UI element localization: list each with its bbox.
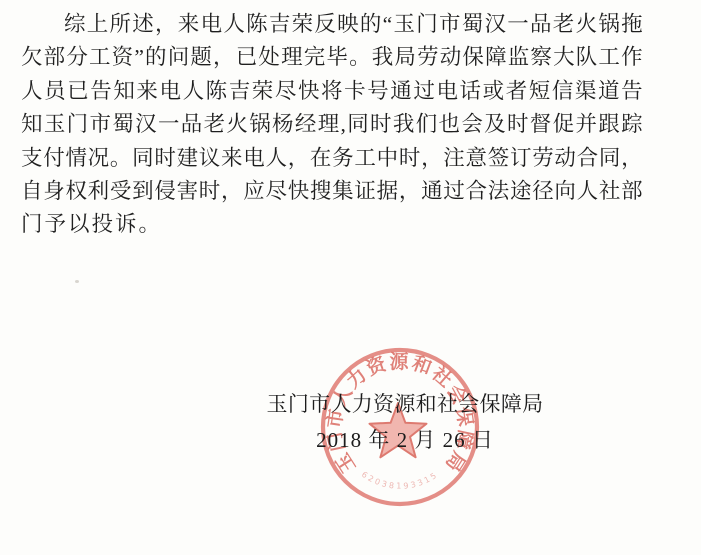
seal-code-number: 62038193315 [360,470,440,491]
body-line: 人员已告知来电人陈吉荣尽快将卡号通过电话或者短信渠道告 [21,75,643,108]
date-line: 2018 年 2 月 26 日 [261,428,549,453]
body-line: 支付情况。同时建议来电人，在务工中时，注意签订劳动合同， [21,142,643,175]
scan-speck [75,280,79,283]
body-line: 欠部分工资”的问题，已处理完毕。我局劳动保障监察大队工作 [21,41,643,74]
body-line: 门予以投诉。 [21,208,643,241]
scan-speck [234,95,236,97]
body-line: 自身权利受到侵害时，应尽快搜集证据，通过合法途径向人社部 [21,175,643,208]
signature-line: 玉门市人力资源和社会保障局 [261,391,549,418]
body-line: 综上所述，来电人陈吉荣反映的“玉门市蜀汉一品老火锅拖 [21,8,643,41]
closing-block: 玉门市人力资源和社会保障局 2018 年 2 月 26 日 [261,391,549,453]
scanned-document-page: 综上所述，来电人陈吉荣反映的“玉门市蜀汉一品老火锅拖 欠部分工资”的问题，已处理… [0,0,701,555]
body-line: 知玉门市蜀汉一品老火锅杨经理,同时我们也会及时督促并跟踪 [21,108,643,141]
body-paragraph: 综上所述，来电人陈吉荣反映的“玉门市蜀汉一品老火锅拖 欠部分工资”的问题，已处理… [21,8,643,242]
